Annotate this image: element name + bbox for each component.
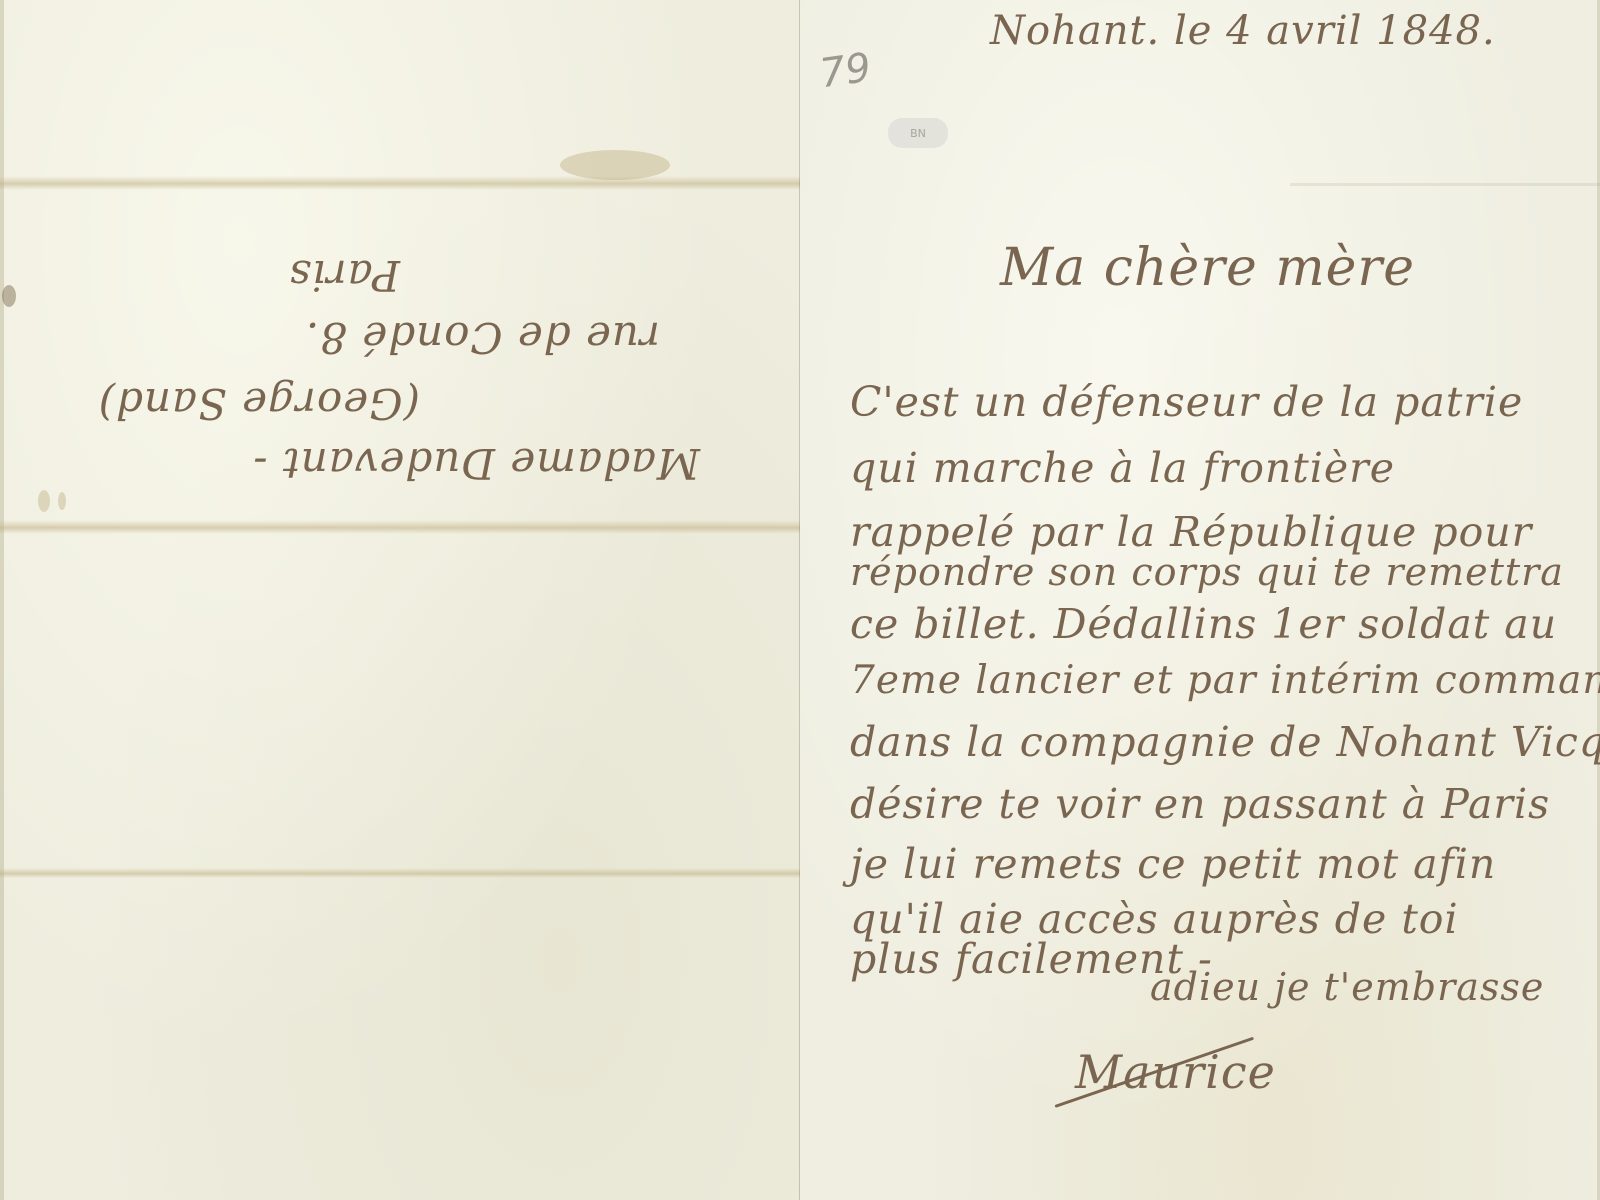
fold-crease-right: [1290, 183, 1600, 186]
archive-number: 79: [817, 45, 874, 98]
stamp-text: BN: [910, 127, 926, 140]
fold-crease-upper: [0, 176, 800, 190]
foxing-stain: [38, 490, 50, 512]
body-line: désire te voir en passant à Paris: [850, 780, 1550, 828]
library-stamp: BN: [888, 118, 948, 148]
salutation: Ma chère mère: [1000, 238, 1415, 298]
foxing-stain: [2, 285, 16, 307]
fold-crease-lower: [0, 868, 800, 878]
address-pseudonym: (George Sand): [98, 379, 420, 428]
address-street: rue de Condé 8.: [305, 313, 660, 362]
body-line: C'est un défenseur de la patrie: [850, 378, 1523, 426]
body-line: je lui remets ce petit mot afin: [850, 840, 1496, 888]
letter-scan: Madame Dudevant - (George Sand) rue de C…: [0, 0, 1600, 1200]
signature: Maurice: [1075, 1045, 1276, 1099]
left-page: Madame Dudevant - (George Sand) rue de C…: [0, 0, 800, 1200]
body-line: ce billet. Dédallins 1er soldat au: [850, 600, 1557, 648]
body-line: rappelé par la République pour: [850, 508, 1532, 556]
closing-line: adieu je t'embrasse: [1150, 965, 1544, 1009]
foxing-stain: [58, 492, 66, 510]
body-line: répondre son corps qui te remettra: [850, 550, 1564, 594]
body-line: 7eme lancier et par intérim commandant: [850, 658, 1600, 703]
address-block: Madame Dudevant - (George Sand) rue de C…: [80, 220, 720, 500]
address-recipient: Madame Dudevant -: [252, 439, 700, 488]
body-line: dans la compagnie de Nohant Vicq: [850, 718, 1600, 766]
dateline: Nohant. le 4 avril 1848.: [990, 8, 1496, 54]
address-city: Paris: [289, 251, 400, 300]
fold-crease-middle: [0, 520, 800, 534]
body-line: qui marche à la frontière: [850, 444, 1395, 492]
foxing-stain: [560, 150, 670, 180]
